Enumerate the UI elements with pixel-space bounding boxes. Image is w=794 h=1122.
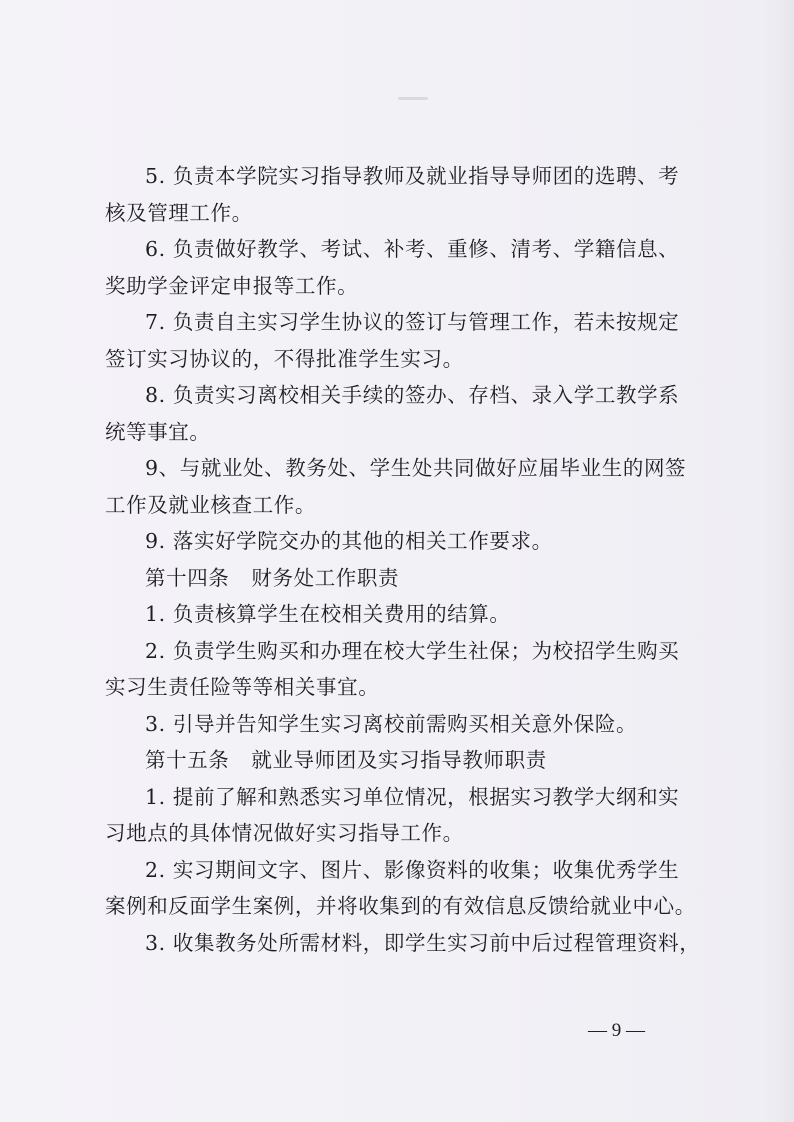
paragraph-line: 统等事宜。 <box>105 414 705 451</box>
paragraph-line: 3. 收集教务处所需材料，即学生实习前中后过程管理资料， <box>105 925 705 962</box>
paragraph-line: 7. 负责自主实习学生协议的签订与管理工作，若未按规定 <box>105 304 705 341</box>
paragraph-line: 2. 实习期间文字、图片、影像资料的收集；收集优秀学生 <box>105 852 705 889</box>
paragraph-line: 习地点的具体情况做好实习指导工作。 <box>105 815 705 852</box>
article-number: 第十四条 <box>145 566 229 590</box>
paragraph-line: 8. 负责实习离校相关手续的签办、存档、录入学工教学系 <box>105 377 705 414</box>
document-body: 5. 负责本学院实习指导教师及就业指导导师团的选聘、考 核及管理工作。 6. 负… <box>105 158 705 961</box>
paragraph-line: 奖助学金评定申报等工作。 <box>105 268 705 305</box>
paragraph-line: 9、与就业处、教务处、学生处共同做好应届毕业生的网签 <box>105 450 705 487</box>
paragraph-line: 签订实习协议的，不得批准学生实习。 <box>105 341 705 378</box>
paragraph-line: 案例和反面学生案例，并将收集到的有效信息反馈给就业中心。 <box>105 888 705 925</box>
paragraph-line: 1. 负责核算学生在校相关费用的结算。 <box>105 596 705 633</box>
paragraph-line: 6. 负责做好教学、考试、补考、重修、清考、学籍信息、 <box>105 231 705 268</box>
paragraph-line: 核及管理工作。 <box>105 195 705 232</box>
paragraph-line: 9. 落实好学院交办的其他的相关工作要求。 <box>105 523 705 560</box>
article-heading-14: 第十四条财务处工作职责 <box>105 560 705 597</box>
paragraph-line: 1. 提前了解和熟悉实习单位情况，根据实习教学大纲和实 <box>105 779 705 816</box>
article-heading-15: 第十五条就业导师团及实习指导教师职责 <box>105 742 705 779</box>
article-title: 财务处工作职责 <box>251 566 399 590</box>
paragraph-line: 3. 引导并告知学生实习离校前需购买相关意外保险。 <box>105 706 705 743</box>
paragraph-line: 5. 负责本学院实习指导教师及就业指导导师团的选聘、考 <box>105 158 705 195</box>
paragraph-line: 实习生责任险等等相关事宜。 <box>105 669 705 706</box>
paragraph-line: 2. 负责学生购买和办理在校大学生社保；为校招学生购买 <box>105 633 705 670</box>
page-number: — 9 — <box>588 1020 645 1042</box>
scan-edge-shadow <box>780 0 794 1122</box>
article-title: 就业导师团及实习指导教师职责 <box>251 748 546 772</box>
article-number: 第十五条 <box>145 748 229 772</box>
scan-artifact-mark <box>398 97 428 100</box>
paragraph-line: 工作及就业核查工作。 <box>105 487 705 524</box>
document-page: 5. 负责本学院实习指导教师及就业指导导师团的选聘、考 核及管理工作。 6. 负… <box>0 0 794 1122</box>
